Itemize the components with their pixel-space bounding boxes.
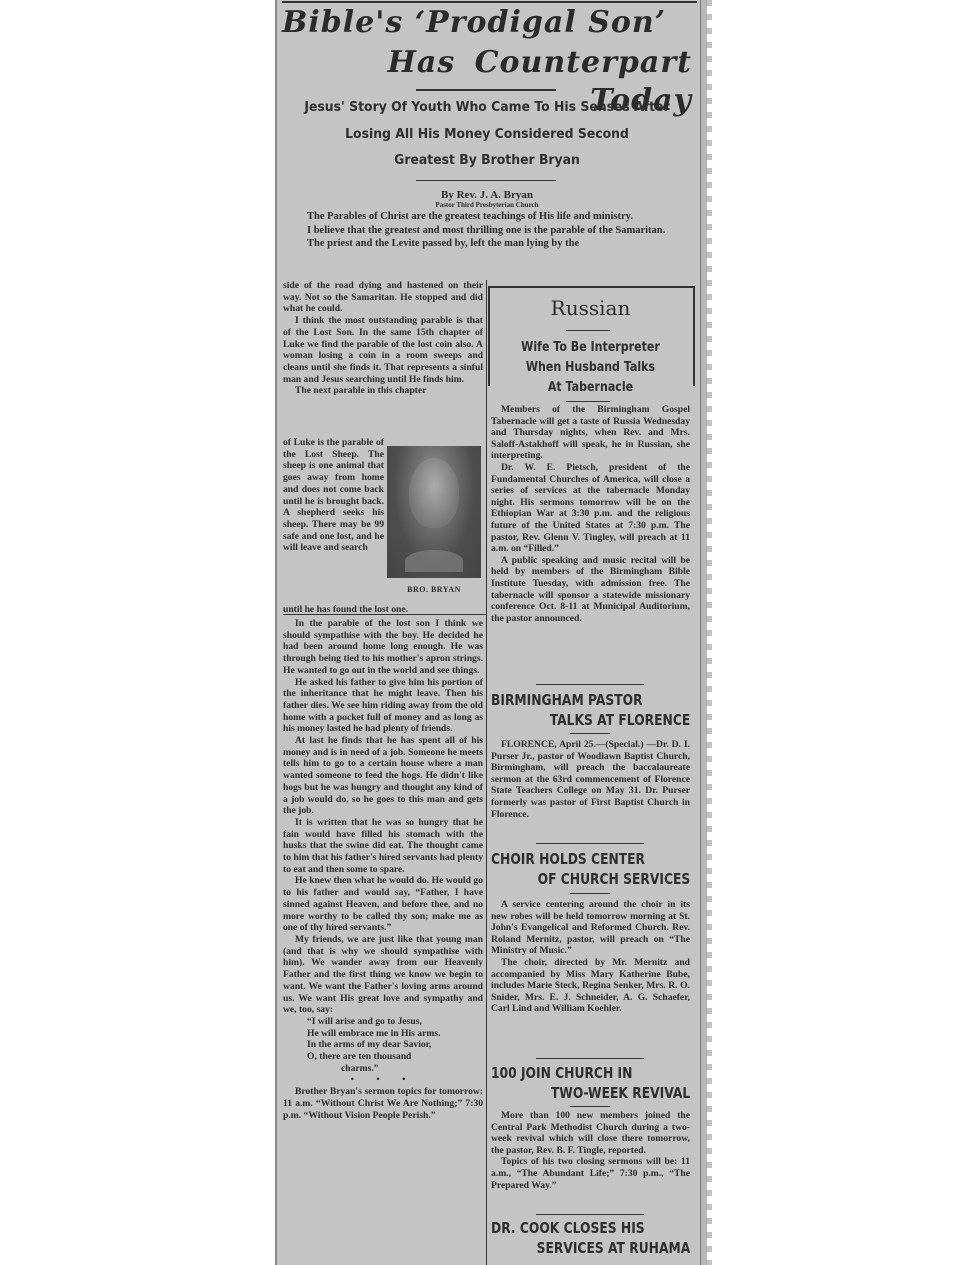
paragraph: Topics of his two closing sermons will b… — [491, 1156, 690, 1191]
headline-rule — [416, 89, 556, 91]
photo-caption: BRO. BRYAN — [387, 585, 481, 594]
revival-headline: 100 JOIN CHURCH IN TWO-WEEK REVIVAL — [491, 1063, 690, 1103]
headline-line-1: Bible's ‘Prodigal Son’ — [282, 4, 692, 42]
deck-rule — [416, 180, 556, 181]
paragraph: of Luke is the parable of the Lost Sheep… — [283, 437, 384, 554]
deck-line-1: Jesus' Story Of Youth Who Came To His Se… — [298, 94, 675, 121]
deck-line-3: Greatest By Brother Bryan — [298, 147, 675, 174]
paragraph: The choir, directed by Mr. Mernitz and a… — [491, 957, 690, 1015]
russian-title-rule — [566, 330, 610, 331]
headline-line: TWO-WEEK REVIVAL — [491, 1083, 690, 1103]
paragraph: He asked his father to give him his port… — [283, 677, 483, 736]
paragraph: I think the most outstanding parable is … — [283, 315, 483, 385]
top-rule — [282, 1, 697, 3]
headline-line: BIRMINGHAM PASTOR — [491, 690, 690, 710]
section-rule — [536, 1058, 644, 1059]
subhead-line: At Tabernacle — [506, 378, 675, 398]
column-rule — [486, 280, 487, 1265]
paragraph: Members of the Birmingham Gospel Taberna… — [491, 404, 690, 462]
paragraph: Brother Bryan's sermon topics for tomorr… — [283, 1086, 483, 1121]
verse-line: He will embrace me in His arms. — [283, 1028, 483, 1040]
paragraph: He knew then what he would do. He would … — [283, 875, 483, 934]
russian-subhead-rule — [566, 401, 610, 402]
paragraph: FLORENCE, April 25.—(Special.) —Dr. D. I… — [491, 739, 690, 820]
russian-subhead: Wife To Be Interpreter When Husband Talk… — [506, 338, 675, 398]
subhead-line: When Husband Talks — [506, 358, 675, 378]
portrait-photo — [387, 446, 481, 578]
paragraph: More than 100 new members joined the Cen… — [491, 1110, 690, 1156]
headline-rule — [570, 733, 610, 734]
headline-line: DR. COOK CLOSES HIS — [491, 1218, 690, 1238]
article-column-1-rest: In the parable of the lost son I think w… — [283, 618, 483, 1121]
portrait-collar — [405, 550, 463, 572]
byline: By Rev. J. A. Bryan Pastor Third Presbyt… — [282, 189, 692, 209]
paragraph: At last he finds that he has spent all o… — [283, 735, 483, 817]
verse-line: In the arms of my dear Savior, — [283, 1039, 483, 1051]
paragraph: My friends, we are just like that young … — [283, 934, 483, 1016]
headline-line: TALKS AT FLORENCE — [491, 710, 690, 730]
article-intro: The Parables of Christ are the greatest … — [283, 210, 691, 251]
adjacent-column-text-fragments — [706, 0, 712, 1265]
deck: Jesus' Story Of Youth Who Came To His Se… — [298, 94, 675, 174]
verse-line: charms.” — [283, 1063, 483, 1075]
headline-line: OF CHURCH SERVICES — [491, 869, 690, 889]
paragraph: A service centering around the choir in … — [491, 899, 690, 957]
paragraph: Dr. W. E. Pietsch, president of the Fund… — [491, 462, 690, 555]
headline-line: CHOIR HOLDS CENTER — [491, 849, 690, 869]
headline-rule — [570, 1106, 610, 1107]
paragraph: In the parable of the lost son I think w… — [283, 618, 483, 677]
verse-line: O, there are ten thousand — [283, 1051, 483, 1063]
florence-article-body: FLORENCE, April 25.—(Special.) —Dr. D. I… — [491, 739, 690, 820]
portrait-face — [409, 458, 459, 528]
russian-title: Russian — [491, 296, 690, 320]
byline-title: Pastor Third Presbyterian Church — [282, 201, 692, 209]
headline-line: 100 JOIN CHURCH IN — [491, 1063, 690, 1083]
paragraph: A public speaking and music recital will… — [491, 555, 690, 625]
deck-line-2: Losing All His Money Considered Second — [298, 121, 675, 148]
florence-headline: BIRMINGHAM PASTOR TALKS AT FLORENCE — [491, 690, 690, 730]
paragraph: The next parable in this chapter — [283, 385, 483, 397]
section-rule — [536, 843, 644, 844]
separator-dots: • • • — [283, 1074, 483, 1086]
headline-line: SERVICES AT RUHAMA — [491, 1238, 690, 1258]
paragraph: It is written that he was so hungry that… — [283, 817, 483, 876]
revival-article-body: More than 100 new members joined the Cen… — [491, 1110, 690, 1191]
verse-line: “I will arise and go to Jesus, — [283, 1016, 483, 1028]
paragraph: The priest and the Levite passed by, lef… — [283, 237, 691, 251]
headline-rule — [570, 893, 610, 894]
byline-name: By Rev. J. A. Bryan — [282, 189, 692, 201]
subhead-line: Wife To Be Interpreter — [506, 338, 675, 358]
article-column-1-top: side of the road dying and hastened on t… — [283, 280, 483, 397]
choir-article-body: A service centering around the choir in … — [491, 899, 690, 1015]
choir-headline: CHOIR HOLDS CENTER OF CHURCH SERVICES — [491, 849, 690, 889]
paragraph: The Parables of Christ are the greatest … — [283, 210, 691, 224]
section-rule — [536, 1214, 644, 1215]
cook-headline: DR. COOK CLOSES HIS SERVICES AT RUHAMA — [491, 1218, 690, 1258]
russian-article-body: Members of the Birmingham Gospel Taberna… — [491, 404, 690, 624]
section-rule — [283, 614, 486, 615]
section-rule — [536, 684, 644, 685]
paragraph: side of the road dying and hastened on t… — [283, 280, 483, 315]
paragraph: I believe that the greatest and most thr… — [283, 224, 691, 238]
photo-wrap-text: of Luke is the parable of the Lost Sheep… — [283, 437, 384, 554]
